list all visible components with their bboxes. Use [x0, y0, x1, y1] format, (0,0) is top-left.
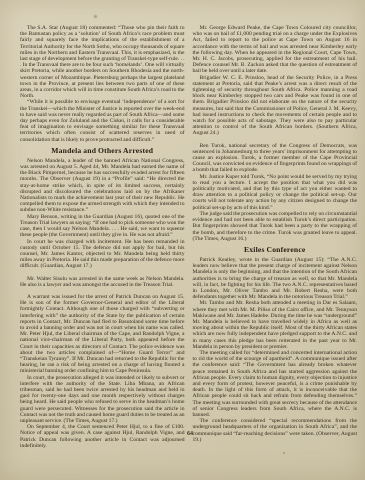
paragraph: “While it is possible to envisage eventu…	[20, 99, 185, 142]
paragraph: In court, the prosecution alleged it was…	[20, 375, 185, 425]
paragraph: Patrick Keatley, wrote in the Guardian (…	[193, 257, 358, 300]
paragraph: Mr. Walter Sisulu was arrested in the sa…	[20, 276, 185, 288]
paragraph: The S.A. Star (August 18) commented: “Th…	[20, 25, 185, 99]
paragraph: Brigadier W. C. E. Prinsloo, head of the…	[193, 75, 358, 137]
paragraph: Nelson Mandela, a leader of the banned A…	[20, 158, 185, 214]
paragraph: Mr. Tambo and Mr. Resha both attended a …	[193, 300, 358, 350]
paragraph: Ben Turok, national secretary of the Con…	[193, 143, 358, 174]
text-columns: The S.A. Star (August 18) commented: “Th…	[20, 25, 357, 449]
page-number: 64	[187, 431, 193, 437]
section-heading-mandela-arrested: Mandela and Others Arrested	[20, 147, 185, 155]
right-text-column: Mr. George Edward Peake, the Cape Town C…	[193, 25, 358, 449]
paragraph: Mr. George Edward Peake, the Cape Town C…	[193, 25, 358, 75]
paragraph: In court he was charged with incitement.…	[20, 239, 185, 270]
paper-speck	[283, 452, 285, 454]
paragraph: Mary Benson, writing in the Guardian (Au…	[20, 214, 185, 239]
paragraph: The conference considered “special recom…	[193, 418, 358, 443]
paragraph: The meeting called for “determined and c…	[193, 350, 358, 418]
paragraph: Mr. Justice Kuper told Turok, “No point …	[193, 174, 358, 211]
ink-smudge	[93, 14, 98, 19]
section-heading-exiles-conference: Exiles Conference	[193, 246, 358, 254]
paragraph: The judge said the prosecution was compe…	[193, 211, 358, 242]
scanned-book-page: The S.A. Star (August 18) commented: “Th…	[0, 0, 365, 480]
left-text-column: The S.A. Star (August 18) commented: “Th…	[20, 25, 185, 449]
paragraph: On September 4, the Court sentenced Pete…	[20, 424, 185, 449]
paragraph: A warrant was issued for the arrest of P…	[20, 294, 185, 375]
